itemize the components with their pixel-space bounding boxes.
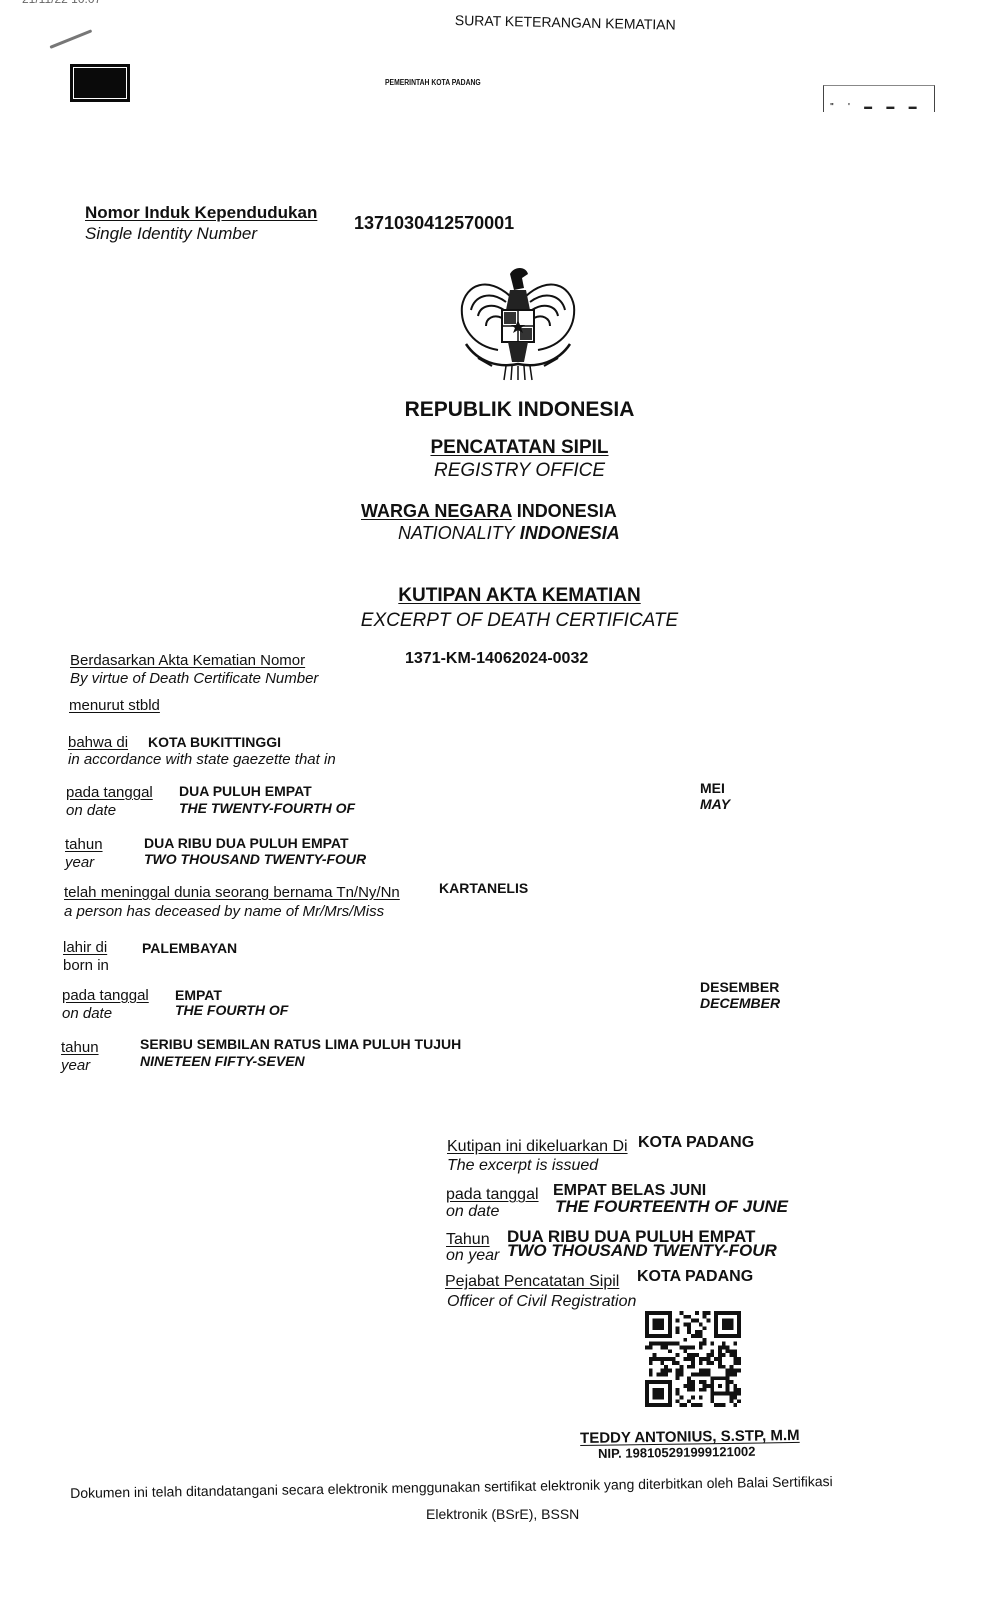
document-title-en: EXCERPT OF DEATH CERTIFICATE [20, 610, 999, 632]
place-value: KOTA BUKITTINGGI [148, 734, 281, 750]
nik-label-en: Single Identity Number [85, 224, 257, 244]
nik-label: Nomor Induk Kependudukan [85, 203, 317, 223]
death-date-label-en: on date [66, 802, 116, 819]
cert-number-label: Berdasarkan Akta Kematian Nomor [70, 652, 305, 669]
birth-day-en: THE FOURTH OF [175, 1002, 288, 1018]
print-timestamp: 21/11/22 10.07 [22, 0, 101, 6]
death-year-en: TWO THOUSAND TWENTY-FOUR [144, 851, 366, 867]
birth-date-label-en: on date [62, 1005, 112, 1022]
issued-date-en: THE FOURTEENTH OF JUNE [555, 1197, 788, 1217]
issued-date-label-en: on date [446, 1203, 499, 1221]
nationality-label-en: NATIONALITY [398, 523, 515, 543]
death-month-en: MAY [700, 796, 730, 812]
nik-value: 1371030412570001 [354, 213, 514, 234]
nationality-label: WARGA NEGARA [361, 501, 512, 521]
issued-place: KOTA PADANG [638, 1134, 754, 1152]
birth-year: SERIBU SEMBILAN RATUS LIMA PULUH TUJUH [140, 1036, 461, 1052]
redacted-photo-box [70, 64, 130, 102]
nationality-value-en: INDONESIA [520, 523, 620, 543]
death-date-label: pada tanggal [66, 784, 153, 801]
birth-year-en: NINETEEN FIFTY-SEVEN [140, 1053, 305, 1069]
issued-year-label-en: on year [446, 1247, 499, 1265]
birth-day: EMPAT [175, 987, 222, 1003]
officer-label-en: Officer of Civil Registration [447, 1293, 636, 1311]
death-year-label: tahun [65, 836, 103, 853]
deceased-name: KARTANELIS [439, 880, 528, 896]
issued-year-en: TWO THOUSAND TWENTY-FOUR [507, 1241, 777, 1261]
garuda-pancasila-icon [458, 266, 578, 384]
officer-place: KOTA PADANG [637, 1268, 753, 1286]
e-signature-notice: Dokumen ini telah ditandatangani secara … [70, 1473, 833, 1501]
country-title: REPUBLIK INDONESIA [20, 398, 999, 422]
birth-year-label: tahun [61, 1039, 99, 1056]
stamp-box: " ' ▬ ▬ ▬ [823, 85, 935, 112]
e-signature-notice-line2: Elektronik (BSrE), BSSN [426, 1506, 579, 1522]
name-label-en: a person has deceased by name of Mr/Mrs/… [64, 903, 384, 920]
pen-mark-icon [49, 29, 92, 49]
issued-label: Kutipan ini dikeluarkan Di [447, 1138, 628, 1156]
cert-number-label-en: By virtue of Death Certificate Number [70, 670, 318, 687]
issuer-government-label: PEMERINTAH KOTA PADANG [385, 78, 481, 87]
issued-label-en: The excerpt is issued [447, 1157, 598, 1175]
birth-year-label-en: year [61, 1057, 90, 1074]
place-label-en: in accordance with state gaezette that i… [68, 751, 336, 768]
birth-date-label: pada tanggal [62, 987, 149, 1004]
cert-number-value: 1371-KM-14062024-0032 [405, 650, 588, 668]
birthplace-label-en: born in [63, 957, 109, 974]
death-year: DUA RIBU DUA PULUH EMPAT [144, 835, 349, 851]
nationality-value: INDONESIA [517, 501, 617, 521]
document-header-title: SURAT KETERANGAN KEMATIAN [455, 12, 676, 33]
office-title: PENCATATAN SIPIL [20, 437, 999, 459]
stbld-label: menurut stbld [69, 697, 160, 714]
death-month: MEI [700, 780, 725, 796]
death-year-label-en: year [65, 854, 94, 871]
officer-label: Pejabat Pencatatan Sipil [445, 1273, 619, 1291]
office-title-en: REGISTRY OFFICE [20, 460, 999, 482]
place-label: bahwa di [68, 734, 128, 751]
issued-date-label: pada tanggal [446, 1186, 539, 1204]
birth-month: DESEMBER [700, 979, 779, 995]
birthplace-label: lahir di [63, 939, 107, 956]
signer-nip: NIP. 198105291999121002 [598, 1444, 756, 1461]
death-day: DUA PULUH EMPAT [179, 783, 312, 799]
name-label: telah meninggal dunia seorang bernama Tn… [64, 884, 400, 901]
qr-code-icon[interactable] [645, 1308, 741, 1410]
death-day-en: THE TWENTY-FOURTH OF [179, 800, 355, 816]
nationality-row-en: NATIONALITY INDONESIA [398, 523, 620, 544]
birth-month-en: DECEMBER [700, 995, 780, 1011]
document-title: KUTIPAN AKTA KEMATIAN [20, 585, 999, 607]
birthplace-value: PALEMBAYAN [142, 940, 237, 956]
nationality-row: WARGA NEGARA INDONESIA [361, 501, 617, 522]
